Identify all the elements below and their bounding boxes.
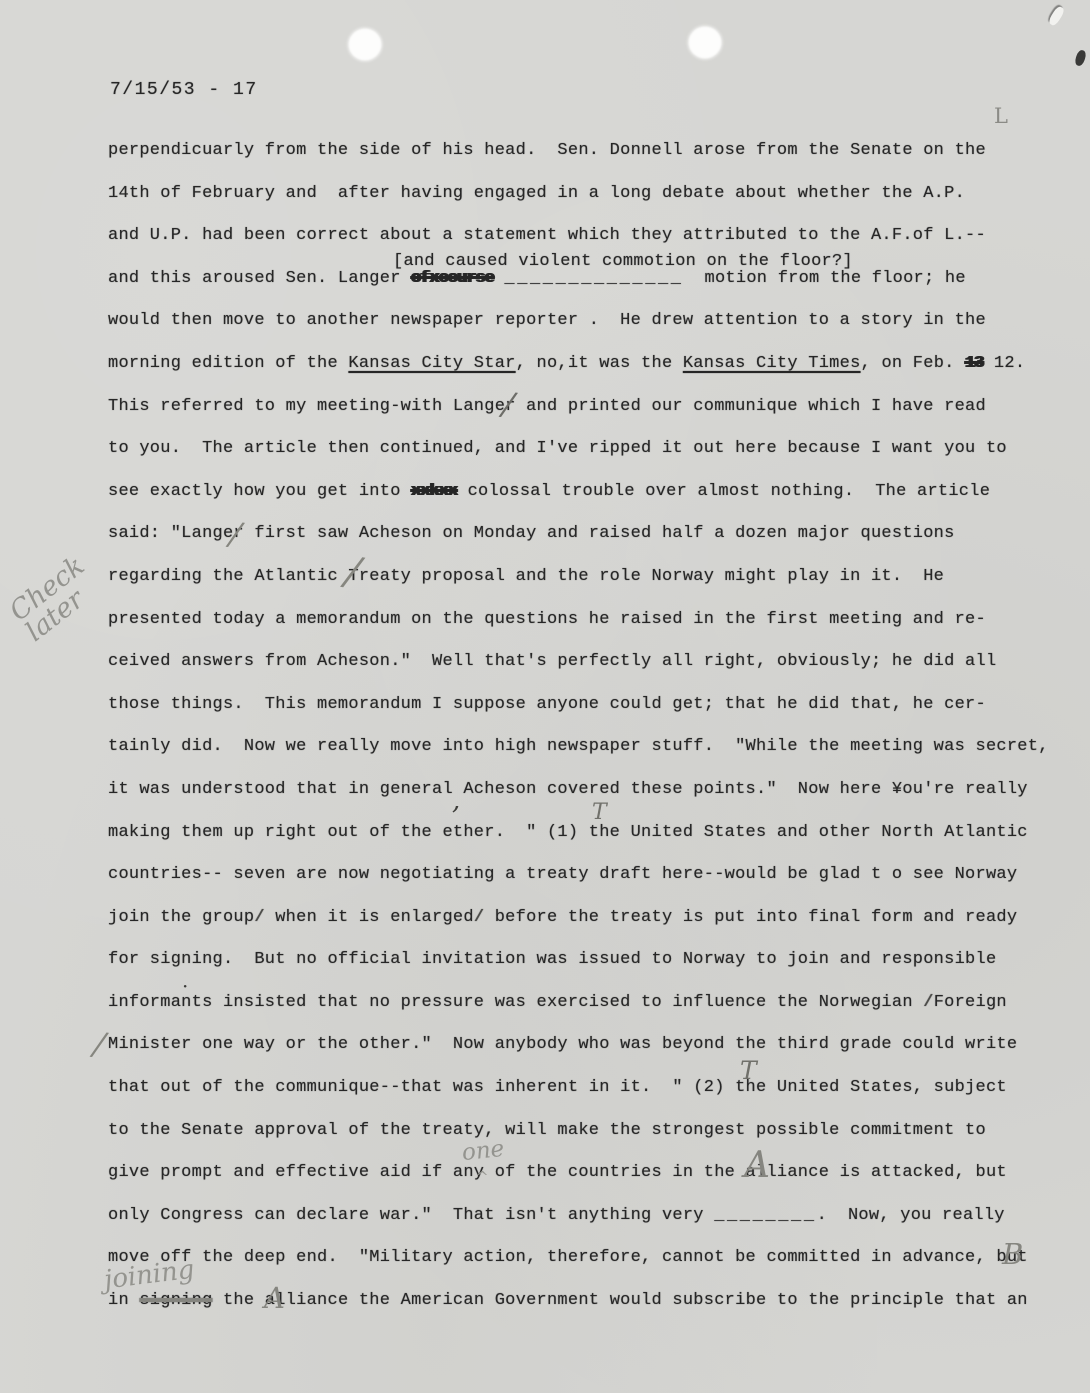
text-segment: ceived answers from Acheson." Well that'… (108, 652, 996, 671)
typed-line: tainly did. Now we really move into high… (108, 737, 1049, 780)
typed-line: and this aroused Sen. Langer ofxcourse _… (108, 269, 1049, 312)
text-segment: those things. This memorandum I suppose … (108, 695, 986, 714)
text-segment: motion from the floor; he (684, 269, 966, 288)
typed-line: give prompt and effective aid if any of … (108, 1163, 1049, 1206)
text-segment-b: ________ (714, 1206, 816, 1225)
handwritten-check-later-note: Check later (6, 538, 124, 646)
typed-line: Minister one way or the other." Now anyb… (108, 1035, 1049, 1078)
text-segment-px: signing (139, 1291, 212, 1310)
text-segment: would then move to another newspaper rep… (108, 311, 986, 330)
typed-line: to the Senate approval of the treaty, wi… (108, 1121, 1049, 1164)
text-segment: before the treaty is put into final form… (484, 908, 1017, 927)
text-segment: This referred to my meeting-with Langer … (108, 397, 986, 416)
text-segment-ps: / (474, 908, 484, 927)
text-segment: morning edition of the (108, 354, 348, 373)
text-segment-x: 13 (965, 354, 983, 373)
text-segment: that out of the communique--that was inh… (108, 1078, 1007, 1097)
punch-hole (688, 26, 722, 59)
text-segment: the alliance the American Government wou… (213, 1291, 1028, 1310)
text-segment: for signing. But no official invitation … (108, 950, 996, 969)
text-segment: regarding the Atlantic Treaty proposal a… (108, 567, 944, 586)
typed-line: This referred to my meeting-with Langer … (108, 397, 1049, 440)
typed-line: regarding the Atlantic Treaty proposal a… (108, 567, 1049, 610)
text-segment: , no,it was the (516, 354, 683, 373)
text-segment-ps: / (923, 993, 933, 1012)
scan-artifact (1074, 49, 1088, 67)
text-segment: , on Feb. (861, 354, 966, 373)
text-segment: it was understood that in general Acheso… (108, 780, 1028, 799)
text-segment: join the group (108, 908, 254, 927)
text-segment: and this aroused Sen. Langer (108, 269, 411, 288)
text-segment: presented today a memorandum on the ques… (108, 610, 986, 629)
typed-text-block: perpendicuarly from the side of his head… (108, 141, 1049, 1334)
typed-line: perpendicuarly from the side of his head… (108, 141, 1049, 184)
typed-line: informants insisted that no pressure was… (108, 993, 1049, 1036)
typed-line: morning edition of the Kansas City Star,… (108, 354, 1049, 397)
text-segment: when it is enlarged (265, 908, 474, 927)
handwritten-capital-a-mark: A (264, 1284, 285, 1313)
handwritten-capital-a-mark: A (744, 1148, 770, 1184)
text-segment: 14th of February and after having engage… (108, 184, 965, 203)
typed-line: would then move to another newspaper rep… (108, 311, 1049, 354)
text-segment-x: xxkxx (411, 482, 457, 501)
scan-artifact (1047, 5, 1065, 27)
text-segment: give prompt and effective aid if any of … (108, 1163, 1007, 1182)
typed-line: in signing the alliance the American Gov… (108, 1291, 1049, 1334)
typed-line: said: "Langer first saw Acheson on Monda… (108, 524, 1049, 567)
handwritten-word-one-insert: one (461, 1138, 505, 1165)
text-segment: . Now, you really (817, 1206, 1005, 1225)
scanned-page: 7/15/53 - 17 [and caused violent commoti… (0, 0, 1090, 1393)
typed-line: 14th of February and after having engage… (108, 184, 1049, 227)
typed-line: see exactly how you get into xxkxx colos… (108, 482, 1049, 525)
text-segment: countries-- seven are now negotiating a … (108, 865, 1017, 884)
handwritten-capital-t-mark: T (740, 1058, 757, 1083)
typed-line: countries-- seven are now negotiating a … (108, 865, 1049, 908)
typed-line: to you. The article then continued, and … (108, 439, 1049, 482)
text-segment: move off the deep end. "Military action,… (108, 1248, 1028, 1267)
text-segment: making them up right out of the ether. "… (108, 823, 1028, 842)
page-header-date-number: 7/15/53 - 17 (110, 80, 258, 100)
text-segment: to you. The article then continued, and … (108, 439, 1007, 458)
text-segment-b: ______________ (504, 269, 683, 288)
typed-line: only Congress can declare war." That isn… (108, 1206, 1049, 1249)
text-segment: informants insisted that no pressure was… (108, 993, 923, 1012)
handwritten-dot-mark: · (182, 976, 188, 996)
handwritten-slash-mark: / (92, 1027, 107, 1060)
text-segment-ps: / (254, 908, 264, 927)
typed-line: it was understood that in general Acheso… (108, 780, 1049, 823)
text-segment: Foreign (934, 993, 1007, 1012)
text-segment: perpendicuarly from the side of his head… (108, 141, 986, 160)
text-segment-u: Kansas City Star (348, 354, 515, 373)
text-segment: only Congress can declare war." That isn… (108, 1206, 714, 1225)
text-segment: and U.P. had been correct about a statem… (108, 226, 986, 245)
typed-line: making them up right out of the ether. "… (108, 823, 1049, 866)
handwritten-caret-mark: ^ (476, 1170, 489, 1185)
handwritten-capital-b-mark: B (1002, 1240, 1023, 1269)
text-segment-u: Kansas City Times (683, 354, 861, 373)
text-segment: 12. (983, 354, 1025, 373)
text-segment: tainly did. Now we really move into high… (108, 737, 1049, 756)
text-segment: colossal trouble over almost nothing. Th… (457, 482, 990, 501)
typed-line: move off the deep end. "Military action,… (108, 1248, 1049, 1291)
typed-line: that out of the communique--that was inh… (108, 1078, 1049, 1121)
handwritten-l-mark: L (994, 106, 1008, 127)
typed-line: those things. This memorandum I suppose … (108, 695, 1049, 738)
text-segment: Minister one way or the other." Now anyb… (108, 1035, 1017, 1054)
text-segment: to the Senate approval of the treaty, wi… (108, 1121, 986, 1140)
typed-line: and U.P. had been correct about a statem… (108, 226, 1049, 269)
text-segment (494, 269, 504, 288)
punch-hole (348, 28, 382, 61)
typed-line: presented today a memorandum on the ques… (108, 610, 1049, 653)
handwritten-capital-t-mark: T (592, 802, 607, 824)
typed-line: for signing. But no official invitation … (108, 950, 1049, 993)
text-segment: see exactly how you get into (108, 482, 411, 501)
typed-line: ceived answers from Acheson." Well that'… (108, 652, 1049, 695)
typed-line: join the group/ when it is enlarged/ bef… (108, 908, 1049, 951)
handwritten-comma-insert: , (452, 788, 460, 814)
text-segment-x: ofxcourse (411, 269, 494, 288)
